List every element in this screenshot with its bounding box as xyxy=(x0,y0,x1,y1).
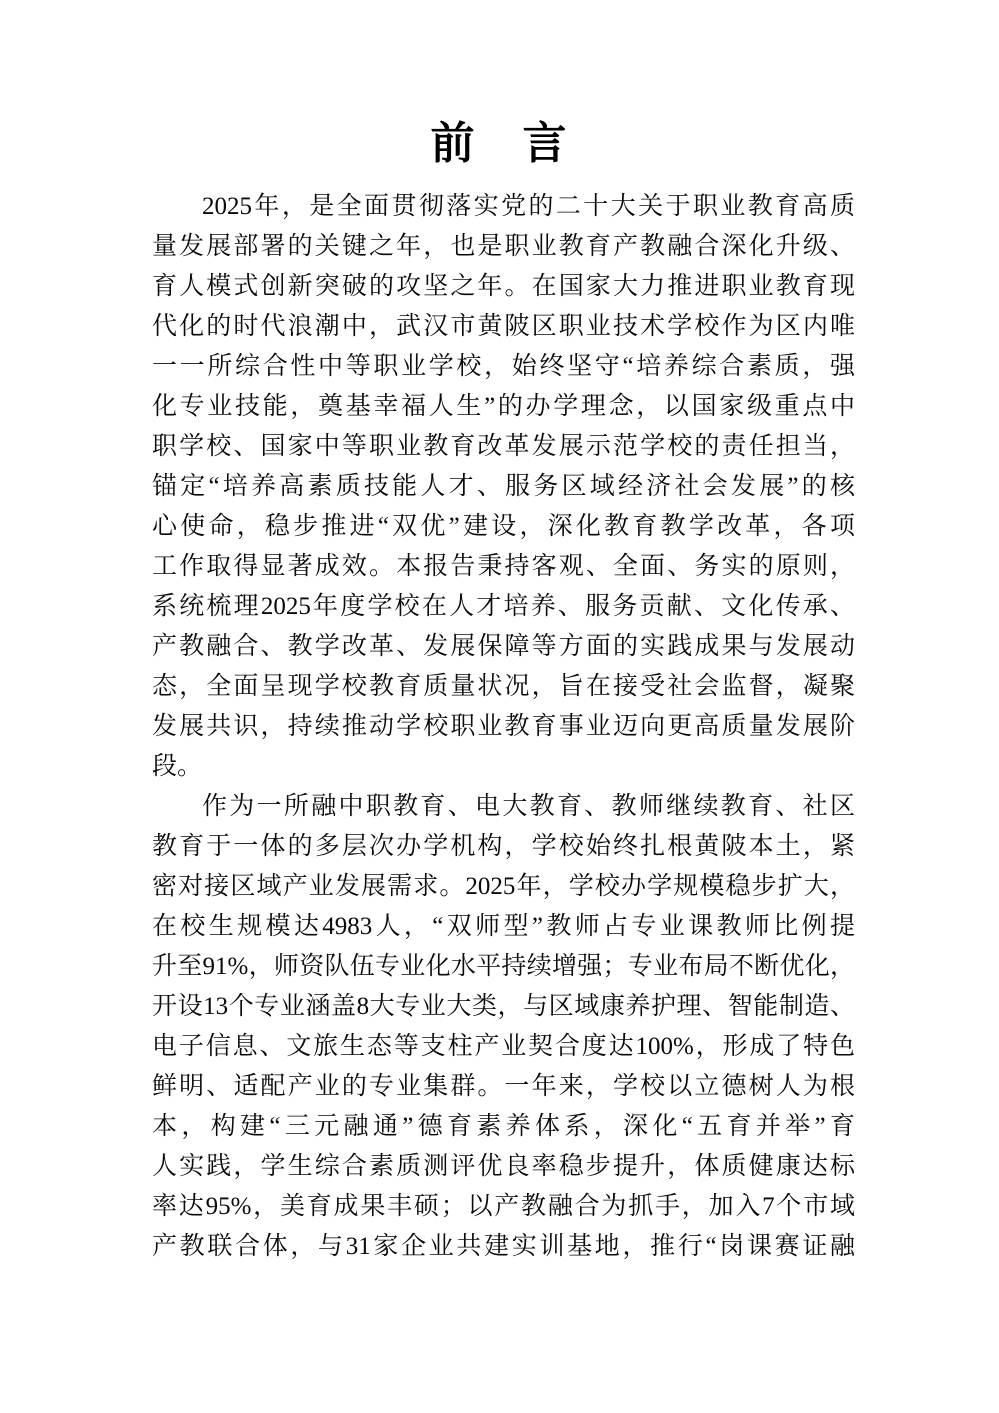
text-line: 态，全面呈现学校教育质量状况，旨在接受社会监督，凝聚 xyxy=(152,667,855,707)
preface-body: 2025年，是全面贯彻落实党的二十大关于职业教育高质量发展部署的关键之年，也是职… xyxy=(152,187,855,1267)
text-line: 系统梳理2025年度学校在人才培养、服务贡献、文化传承、 xyxy=(152,587,855,627)
text-line: 电子信息、文旅生态等支柱产业契合度达100%，形成了特色 xyxy=(152,1027,855,1067)
text-line: 段。 xyxy=(152,747,855,787)
paragraph-1: 2025年，是全面贯彻落实党的二十大关于职业教育高质量发展部署的关键之年，也是职… xyxy=(152,187,855,787)
text-line: 升至91%，师资队伍专业化水平持续增强；专业布局不断优化， xyxy=(152,947,855,987)
text-line: 职学校、国家中等职业教育改革发展示范学校的责任担当， xyxy=(152,427,855,467)
text-line: 心使命，稳步推进“双优”建设，深化教育教学改革，各项 xyxy=(152,507,855,547)
text-line: 在校生规模达4983人，“双师型”教师占专业课教师比例提 xyxy=(152,907,855,947)
text-line: 发展共识，持续推动学校职业教育事业迈向更高质量发展阶 xyxy=(152,707,855,747)
text-line: 产教融合、教学改革、发展保障等方面的实践成果与发展动 xyxy=(152,627,855,667)
text-line: 作为一所融中职教育、电大教育、教师继续教育、社区 xyxy=(152,787,855,827)
text-line: 本，构建“三元融通”德育素养体系，深化“五育并举”育 xyxy=(152,1107,855,1147)
text-line: 量发展部署的关键之年，也是职业教育产教融合深化升级、 xyxy=(152,227,855,267)
text-line: 育人模式创新突破的攻坚之年。在国家大力推进职业教育现 xyxy=(152,267,855,307)
text-line: 代化的时代浪潮中，武汉市黄陂区职业技术学校作为区内唯 xyxy=(152,307,855,347)
text-line: 2025年，是全面贯彻落实党的二十大关于职业教育高质 xyxy=(152,187,855,227)
text-line: 人实践，学生综合素质测评优良率稳步提升，体质健康达标 xyxy=(152,1147,855,1187)
document-page: 前 言 2025年，是全面贯彻落实党的二十大关于职业教育高质量发展部署的关键之年… xyxy=(0,0,999,1413)
text-line: 教育于一体的多层次办学机构，学校始终扎根黄陂本土，紧 xyxy=(152,827,855,867)
text-line: 化专业技能，奠基幸福人生”的办学理念，以国家级重点中 xyxy=(152,387,855,427)
text-line: 一一所综合性中等职业学校，始终坚守“培养综合素质，强 xyxy=(152,347,855,387)
page-title: 前 言 xyxy=(0,0,999,168)
text-line: 锚定“培养高素质技能人才、服务区域经济社会发展”的核 xyxy=(152,467,855,507)
text-line: 鲜明、适配产业的专业集群。一年来，学校以立德树人为根 xyxy=(152,1067,855,1107)
text-line: 工作取得显著成效。本报告秉持客观、全面、务实的原则， xyxy=(152,547,855,587)
text-line: 产教联合体，与31家企业共建实训基地，推行“岗课赛证融 xyxy=(152,1227,855,1267)
paragraph-2: 作为一所融中职教育、电大教育、教师继续教育、社区教育于一体的多层次办学机构，学校… xyxy=(152,787,855,1267)
text-line: 率达95%，美育成果丰硕；以产教融合为抓手，加入7个市域 xyxy=(152,1187,855,1227)
text-line: 开设13个专业涵盖8大专业大类，与区域康养护理、智能制造、 xyxy=(152,987,855,1027)
text-line: 密对接区域产业发展需求。2025年，学校办学规模稳步扩大， xyxy=(152,867,855,907)
